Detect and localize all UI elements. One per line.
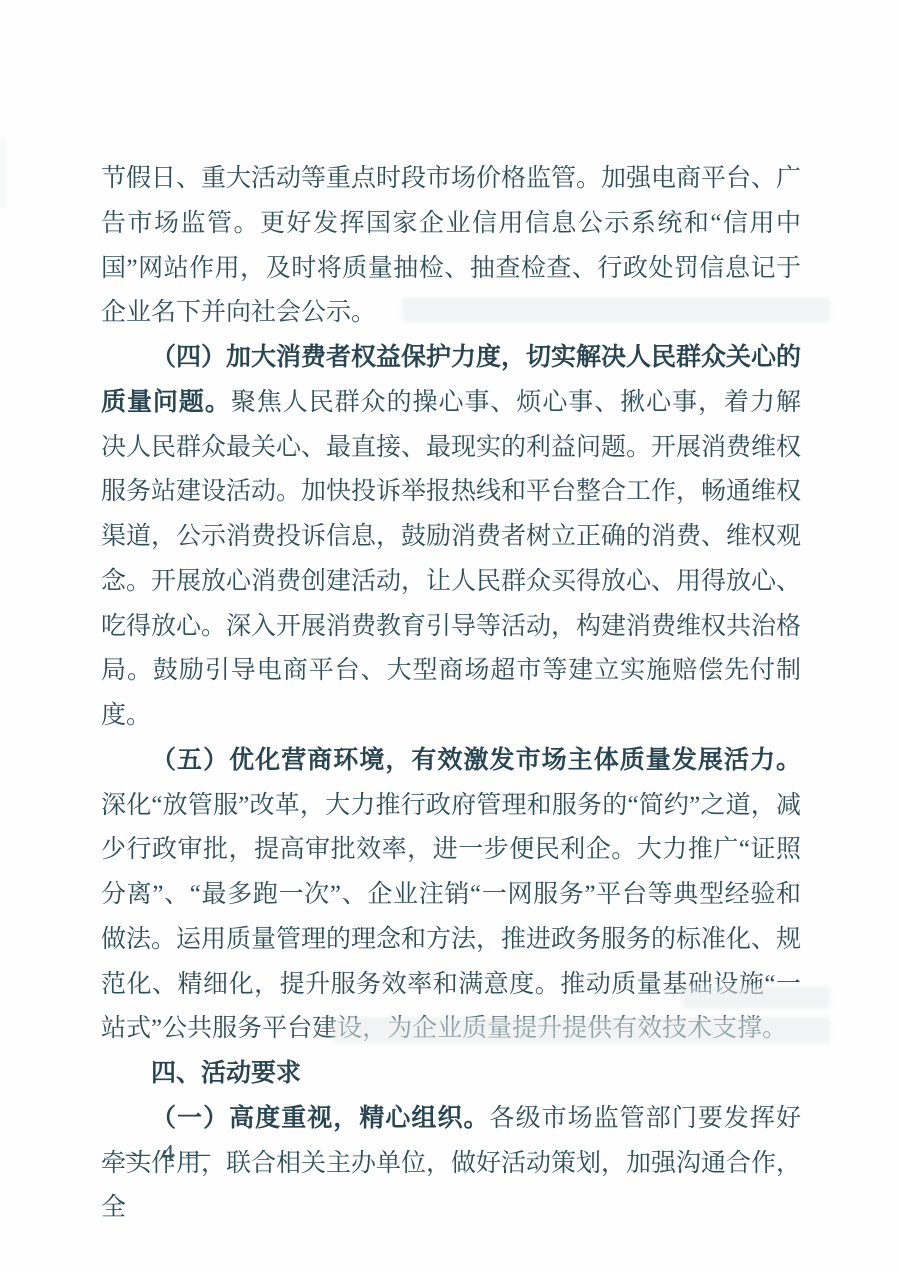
heading-text: 四、活动要求: [151, 1060, 301, 1087]
scan-edge-artifact: [0, 138, 6, 208]
paragraph-continuation: 节假日、重大活动等重点时段市场价格监管。加强电商平台、广告市场监管。更好发挥国家…: [101, 157, 801, 336]
item-1-lead: （一）高度重视，精心组织。: [151, 1105, 490, 1132]
section-5-lead: （五）优化营商环境，有效激发市场主体质量发展活力。: [151, 747, 801, 774]
document-page: 节假日、重大活动等重点时段市场价格监管。加强电商平台、广告市场监管。更好发挥国家…: [0, 0, 900, 1272]
paragraph-section-4: （四）加大消费者权益保护力度，切实解决人民群众关心的质量问题。聚焦人民群众的操心…: [101, 336, 801, 739]
paragraph-text: 节假日、重大活动等重点时段市场价格监管。加强电商平台、广告市场监管。更好发挥国家…: [101, 165, 801, 326]
document-body: 节假日、重大活动等重点时段市场价格监管。加强电商平台、广告市场监管。更好发挥国家…: [101, 157, 801, 1231]
page-number: — 4 —: [126, 1139, 213, 1169]
paragraph-text: 聚焦人民群众的操心事、烦心事、揪心事，着力解决人民群众最关心、最直接、最现实的利…: [101, 389, 801, 729]
paragraph-text: 深化“放管服”改革，大力推行政府管理和服务的“简约”之道，减少行政审批，提高审批…: [101, 792, 801, 1043]
paragraph-section-5: （五）优化营商环境，有效激发市场主体质量发展活力。深化“放管服”改革，大力推行政…: [101, 739, 801, 1052]
heading-activity-requirements: 四、活动要求: [101, 1052, 801, 1097]
